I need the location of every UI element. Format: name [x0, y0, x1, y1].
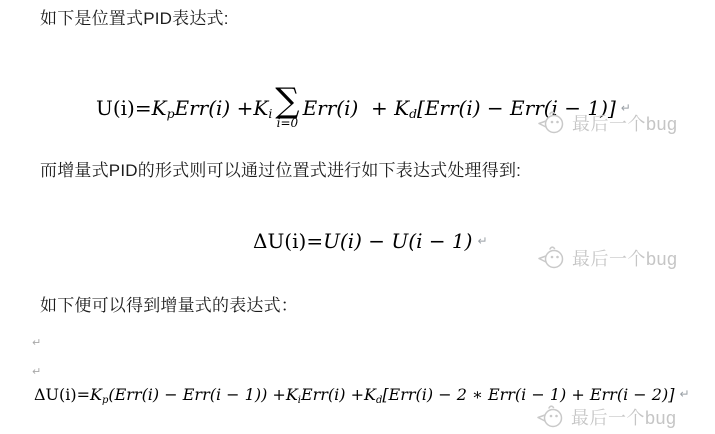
kp-term: Kp [152, 96, 175, 120]
paragraph-return-icon: ↵ [32, 336, 41, 349]
ki-term: Ki [286, 385, 301, 404]
watermark-label: 最后一个bug [571, 404, 677, 430]
plus-sign: + [358, 96, 394, 120]
err-term-1: Err(i) + [175, 96, 254, 120]
mascot-chick-icon [537, 109, 567, 137]
integral-term: Err(i) + [301, 385, 364, 404]
equals-sign: = [135, 96, 152, 120]
equals-sign: = [77, 385, 90, 404]
formula-lhs: U(i) [96, 96, 135, 120]
watermark-2: 最后一个bug [537, 244, 678, 272]
watermark-label: 最后一个bug [572, 245, 678, 271]
paragraph-return-icon: ↵ [477, 234, 487, 248]
paragraph-incremental-pid-intro: 而增量式PID的形式则可以通过位置式进行如下表达式处理得到: [40, 161, 521, 180]
err-term-2: Err(i) [303, 96, 359, 120]
summation-symbol: ∑i=0 [275, 86, 299, 130]
equals-sign: = [306, 229, 323, 253]
paragraph-return-icon: ↵ [32, 365, 41, 378]
difference-term: U(i) − U(i − 1) [323, 229, 472, 253]
ki-term: Ki [253, 96, 272, 120]
kp-term: Kp [90, 385, 108, 404]
formula-lhs: ΔU(i) [253, 229, 306, 253]
watermark-1: 最后一个bug [537, 109, 678, 137]
formula-delta-definition: ΔU(i) = U(i) − U(i − 1)↵ [253, 227, 488, 255]
watermark-3: 最后一个bug [536, 403, 677, 431]
mascot-chick-icon [536, 403, 566, 431]
kd-term: Kd [364, 385, 382, 404]
kd-term: Kd [394, 96, 417, 120]
paragraph-positional-pid-intro: 如下是位置式PID表达式: [40, 9, 229, 28]
watermark-label: 最后一个bug [572, 110, 678, 136]
paragraph-return-icon: ↵ [679, 387, 689, 401]
derivative-bracket-term: [Err(i) − 2 ∗ Err(i − 1) + Err(i − 2)] [382, 385, 674, 404]
formula-lhs: ΔU(i) [34, 385, 77, 404]
document-page: 如下是位置式PID表达式: U(i) = KpErr(i) + Ki∑i=0Er… [0, 0, 715, 434]
paragraph-result-intro: 如下便可以得到增量式的表达式： [40, 296, 298, 315]
proportional-diff-term: (Err(i) − Err(i − 1)) + [108, 385, 285, 404]
mascot-chick-icon [537, 244, 567, 272]
